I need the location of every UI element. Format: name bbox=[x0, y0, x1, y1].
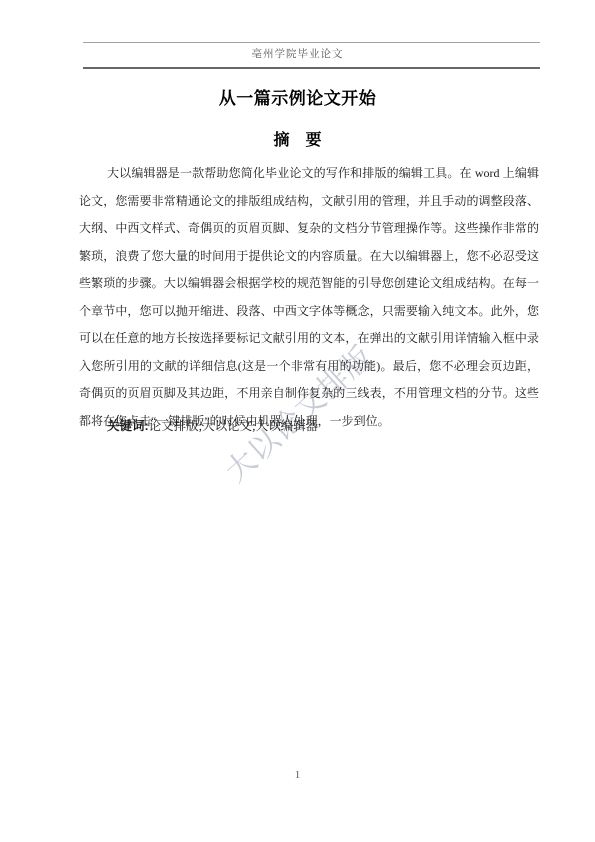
document-page: 大以论文排版 亳州学院毕业论文 从一篇示例论文开始 摘 要 大以编辑器是一款帮助… bbox=[0, 0, 595, 842]
page-number: 1 bbox=[0, 769, 595, 781]
keywords-line: 关键词:论文排版;大以论文;大以编辑器 bbox=[79, 416, 539, 436]
keywords-text: 论文排版;大以论文;大以编辑器 bbox=[149, 419, 318, 433]
header-bottom-rule bbox=[83, 67, 540, 69]
keywords-label: 关键词: bbox=[107, 419, 149, 433]
abstract-heading: 摘 要 bbox=[0, 127, 595, 150]
document-title: 从一篇示例论文开始 bbox=[0, 84, 595, 109]
header-top-rule bbox=[83, 42, 540, 43]
abstract-paragraph: 大以编辑器是一款帮助您简化毕业论文的写作和排版的编辑工具。在 word 上编辑论… bbox=[79, 160, 539, 435]
header-title: 亳州学院毕业论文 bbox=[0, 46, 595, 61]
